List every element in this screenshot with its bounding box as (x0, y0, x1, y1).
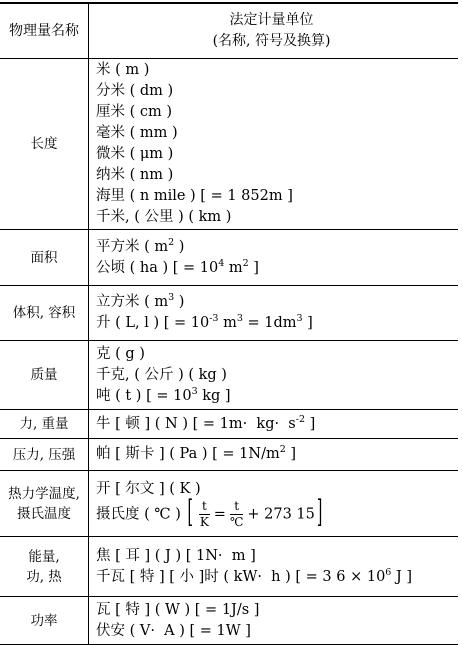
quantity-label: 热力学温度, (0, 484, 88, 504)
unit-line: 开 [ 尔文 ] ( K ) (96, 479, 454, 500)
unit-line: 米 ( m ) (96, 60, 454, 81)
header-units-subtitle: (名称, 符号及换算) (213, 31, 331, 52)
table-row: 功率瓦 [ 特 ] ( W ) [ = 1J/s ]伏安 ( V· A ) [ … (0, 597, 458, 645)
unit-line: 毫米 ( mm ) (96, 123, 454, 144)
tall-bracket: ] (317, 491, 322, 537)
unit-line: 瓦 [ 特 ] ( W ) [ = 1J/s ] (96, 600, 454, 621)
unit-line: 分米 ( dm ) (96, 81, 454, 102)
unit-line: 千米, ( 公里 ) ( km ) (96, 207, 454, 228)
unit-line: 厘米 ( cm ) (96, 102, 454, 123)
unit-line: 千瓦 [ 特 ] [ 小 ]时 ( kW· h ) [ = 3 6 × 106 … (96, 567, 454, 588)
table-row: 面积平方米 ( m2 )公顷 ( ha ) [ = 104 m2 ] (0, 230, 458, 286)
unit-line: 平方米 ( m2 ) (96, 237, 454, 258)
table-row: 热力学温度,摄氏温度开 [ 尔文 ] ( K )摄氏度 ( ℃ ) [tK=t℃… (0, 471, 458, 537)
table-row: 压力, 压强帕 [ 斯卡 ] ( Pa ) [ = 1N/m2 ] (0, 439, 458, 471)
unit-cell: 焦 [ 耳 ] ( J ) [ 1N· m ]千瓦 [ 特 ] [ 小 ]时 (… (89, 537, 458, 596)
fraction-denominator: K (199, 515, 210, 529)
quantity-label: 体积, 容积 (0, 303, 88, 323)
fraction-numerator: t (230, 500, 243, 515)
quantity-label: 能量, (0, 547, 88, 567)
unit-cell: 帕 [ 斯卡 ] ( Pa ) [ = 1N/m2 ] (89, 439, 458, 470)
fraction: t℃ (230, 500, 243, 529)
unit-cell: 米 ( m )分米 ( dm )厘米 ( cm )毫米 ( mm )微米 ( μ… (89, 59, 458, 229)
unit-line: 帕 [ 斯卡 ] ( Pa ) [ = 1N/m2 ] (96, 444, 454, 465)
unit-line: 焦 [ 耳 ] ( J ) [ 1N· m ] (96, 546, 454, 567)
table-body: 长度米 ( m )分米 ( dm )厘米 ( cm )毫米 ( mm )微米 (… (0, 59, 458, 645)
unit-line: 升 ( L, l ) [ = 10-3 m3 = 1dm3 ] (96, 313, 454, 334)
unit-line: 公顷 ( ha ) [ = 104 m2 ] (96, 258, 454, 279)
fraction: tK (199, 500, 210, 529)
quantity-label-cell: 长度 (0, 59, 89, 229)
unit-line: 海里 ( n mile ) [ = 1 852m ] (96, 186, 454, 207)
quantity-label-cell: 质量 (0, 341, 89, 409)
quantity-label: 力, 重量 (0, 414, 88, 434)
table-row: 长度米 ( m )分米 ( dm )厘米 ( cm )毫米 ( mm )微米 (… (0, 59, 458, 230)
quantity-label-cell: 热力学温度,摄氏温度 (0, 471, 89, 536)
header-units-title: 法定计量单位 (230, 10, 314, 31)
quantity-label: 功率 (0, 611, 88, 631)
unit-line: 摄氏度 ( ℃ ) [tK=t℃+ 273 15] (96, 500, 454, 529)
unit-line: 伏安 ( V· A ) [ = 1W ] (96, 621, 454, 642)
tall-bracket: [ (187, 491, 192, 537)
fraction-denominator: ℃ (230, 515, 243, 529)
unit-line: 克 ( g ) (96, 344, 454, 365)
table-row: 能量,功, 热焦 [ 耳 ] ( J ) [ 1N· m ]千瓦 [ 特 ] [… (0, 537, 458, 597)
quantity-label: 面积 (0, 248, 88, 268)
unit-cell: 牛 [ 顿 ] ( N ) [ = 1m· kg· s-2 ] (89, 410, 458, 438)
unit-cell: 立方米 ( m3 )升 ( L, l ) [ = 10-3 m3 = 1dm3 … (89, 286, 458, 340)
quantity-label-cell: 功率 (0, 597, 89, 644)
unit-cell: 瓦 [ 特 ] ( W ) [ = 1J/s ]伏安 ( V· A ) [ = … (89, 597, 458, 644)
quantity-label: 长度 (0, 134, 88, 154)
header-units-cell: 法定计量单位 (名称, 符号及换算) (89, 4, 458, 58)
unit-line: 微米 ( μm ) (96, 144, 454, 165)
table-row: 力, 重量牛 [ 顿 ] ( N ) [ = 1m· kg· s-2 ] (0, 410, 458, 439)
quantity-label-cell: 力, 重量 (0, 410, 89, 438)
unit-cell: 开 [ 尔文 ] ( K )摄氏度 ( ℃ ) [tK=t℃+ 273 15] (89, 471, 458, 536)
quantity-label-cell: 面积 (0, 230, 89, 285)
unit-cell: 平方米 ( m2 )公顷 ( ha ) [ = 104 m2 ] (89, 230, 458, 285)
units-table: 物理量名称 法定计量单位 (名称, 符号及换算) 长度米 ( m )分米 ( d… (0, 2, 458, 645)
quantity-label-cell: 能量,功, 热 (0, 537, 89, 596)
header-quantity-label: 物理量名称 (0, 21, 88, 41)
unit-line: 牛 [ 顿 ] ( N ) [ = 1m· kg· s-2 ] (96, 414, 454, 435)
quantity-label: 摄氏温度 (0, 504, 88, 524)
unit-line: 千克, ( 公斤 ) ( kg ) (96, 365, 454, 386)
quantity-label: 质量 (0, 365, 88, 385)
table-row: 质量克 ( g )千克, ( 公斤 ) ( kg )吨 ( t ) [ = 10… (0, 341, 458, 410)
unit-line: 立方米 ( m3 ) (96, 292, 454, 313)
quantity-label-cell: 体积, 容积 (0, 286, 89, 340)
unit-line: 吨 ( t ) [ = 103 kg ] (96, 386, 454, 407)
quantity-label: 功, 热 (0, 567, 88, 587)
table-row: 体积, 容积立方米 ( m3 )升 ( L, l ) [ = 10-3 m3 =… (0, 286, 458, 341)
unit-line: 纳米 ( nm ) (96, 165, 454, 186)
header-row: 物理量名称 法定计量单位 (名称, 符号及换算) (0, 4, 458, 59)
header-quantity-cell: 物理量名称 (0, 4, 89, 58)
quantity-label-cell: 压力, 压强 (0, 439, 89, 470)
quantity-label: 压力, 压强 (0, 445, 88, 465)
unit-cell: 克 ( g )千克, ( 公斤 ) ( kg )吨 ( t ) [ = 103 … (89, 341, 458, 409)
fraction-numerator: t (199, 500, 210, 515)
